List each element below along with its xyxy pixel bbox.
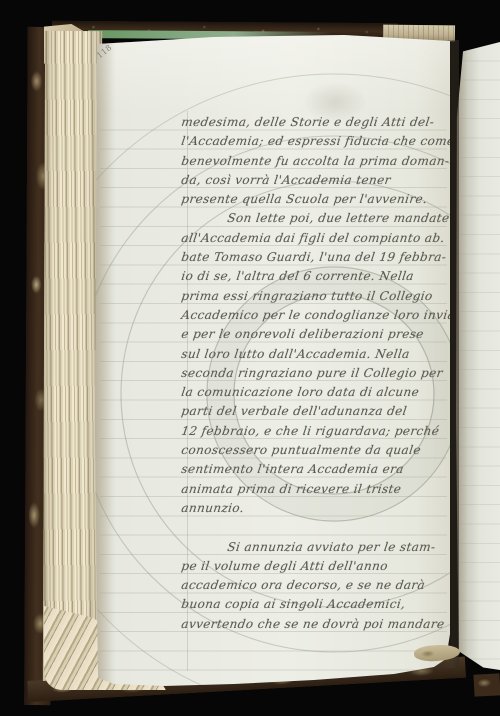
facing-page-sliver — [456, 42, 500, 670]
manuscript-line: annunzio. — [180, 499, 459, 518]
manuscript-line: benevolmente fu accolta la prima doman- — [180, 152, 459, 171]
manuscript-line: avvertendo che se ne dovrà poi mandare — [180, 615, 459, 634]
page-stack-fore-edges — [43, 31, 102, 681]
photographed-book-page: 118 medesima, delle Storie e degli Atti … — [0, 0, 500, 716]
manuscript-line: 12 febbraio, e che li riguardava; perché — [180, 422, 459, 441]
manuscript-line: e per le onorevoli deliberazioni prese — [180, 325, 459, 344]
manuscript-line: Accademico per le condoglianze loro invi… — [180, 306, 459, 325]
book-cover-bottom-right-fragment — [473, 673, 500, 696]
manuscript-line: pe il volume degli Atti dell'anno — [180, 557, 459, 576]
manuscript-line: all'Accademia dai figli del compianto ab… — [180, 229, 459, 248]
manuscript-line: la comunicazione loro data di alcune — [180, 383, 459, 402]
manuscript-line: presente quella Scuola per l'avvenire. — [180, 190, 459, 209]
manuscript-line: l'Accademia; ed espressi fiducia che com… — [180, 132, 459, 151]
manuscript-line: seconda ringraziano pure il Collegio per — [180, 364, 459, 383]
manuscript-page: 118 medesima, delle Storie e degli Atti … — [94, 34, 452, 690]
manuscript-line: medesima, delle Storie e degli Atti del- — [180, 113, 459, 132]
manuscript-line: sul loro lutto dall'Accademia. Nella — [180, 345, 459, 364]
manuscript-line: da, così vorrà l'Accademia tener — [180, 171, 459, 190]
handwritten-text-block: medesima, delle Storie e degli Atti del-… — [180, 113, 456, 634]
manuscript-line: buona copia ai singoli Accademici, — [180, 595, 459, 614]
manuscript-line: accademico ora decorso, e se ne darà — [180, 576, 459, 595]
manuscript-line: sentimento l'intera Accademia era — [180, 460, 459, 479]
manuscript-line: bate Tomaso Guardi, l'una del 19 febbra- — [180, 248, 459, 267]
manuscript-line: prima essi ringraziano tutto il Collegio — [180, 287, 459, 306]
manuscript-line: Si annunzia avviato per le stam- — [180, 538, 459, 557]
manuscript-line: conoscessero puntualmente da quale — [180, 441, 459, 460]
manuscript-line — [180, 518, 459, 537]
manuscript-line: io di se, l'altra del 6 corrente. Nella — [180, 267, 459, 286]
manuscript-line: animata prima di ricevere il triste — [180, 480, 459, 499]
manuscript-line: Son lette poi, due lettere mandate — [180, 209, 459, 228]
manuscript-line: parti del verbale dell'adunanza del — [180, 402, 459, 421]
